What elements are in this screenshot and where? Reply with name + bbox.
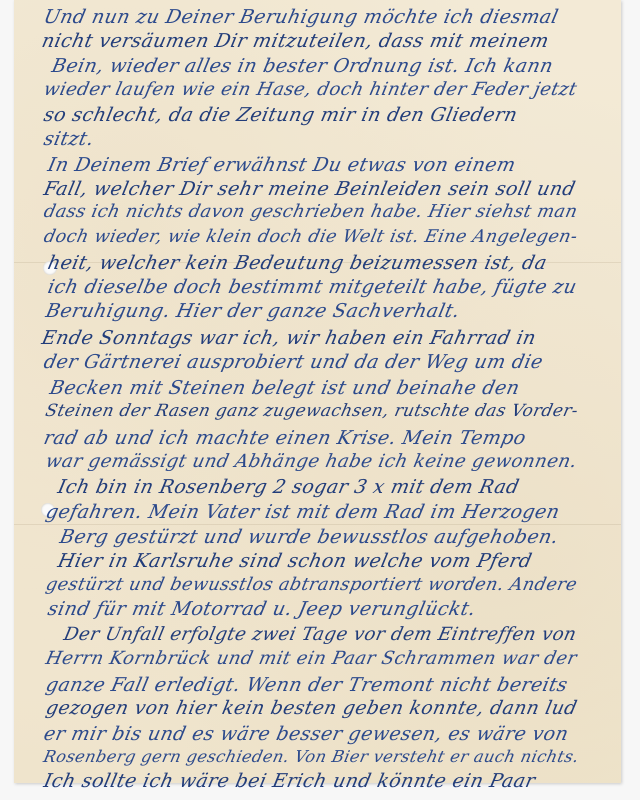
handwritten-line: Bein, wieder alles in bester Ordnung ist… <box>50 57 555 76</box>
handwritten-line: ich dieselbe doch bestimmt mitgeteilt ha… <box>46 278 578 297</box>
handwritten-line: gestürzt und bewusstlos abtransportiert … <box>44 577 579 595</box>
handwritten-line: Herrn Kornbrück und mit ein Paar Schramm… <box>44 650 578 668</box>
handwritten-line: gefahren. Mein Vater ist mit dem Rad im … <box>44 503 561 522</box>
handwritten-line: Steinen der Rasen ganz zugewachsen, ruts… <box>44 402 580 419</box>
handwritten-line: In Deinem Brief erwähnst Du etwas von ei… <box>46 156 517 175</box>
handwritten-line: er mir bis und es wäre besser gewesen, e… <box>42 725 570 744</box>
handwritten-line: Berg gestürzt und wurde bewusstlos aufge… <box>58 528 560 547</box>
handwritten-line: Ich bin in Rosenberg 2 sogar 3 x mit dem… <box>56 478 521 497</box>
letter-page: Und nun zu Deiner Beruhigung möchte ich … <box>14 0 621 783</box>
handwritten-line: der Gärtnerei ausprobiert und da der Weg… <box>42 353 545 372</box>
handwritten-line: wieder laufen wie ein Hase, doch hinter … <box>42 81 579 99</box>
handwritten-line: Und nun zu Deiner Beruhigung möchte ich … <box>42 8 560 27</box>
handwritten-line: sitzt. <box>42 130 96 149</box>
handwritten-line: Hier in Karlsruhe sind schon welche vom … <box>56 552 534 571</box>
handwritten-line: heit, welcher kein Bedeutung beizumessen… <box>46 254 549 273</box>
paper-fold-line <box>14 524 621 525</box>
handwritten-line: dass ich nichts davon geschrieben habe. … <box>42 204 579 222</box>
handwritten-line: war gemässigt und Abhänge habe ich keine… <box>44 453 579 471</box>
handwritten-line: Becken mit Steinen belegt ist und beinah… <box>48 379 521 398</box>
handwritten-line: nicht versäumen Dir mitzuteilen, dass mi… <box>40 32 551 51</box>
handwritten-line: Rosenberg gern geschieden. Von Bier vers… <box>42 749 580 765</box>
handwritten-line: doch wieder, wie klein doch die Welt ist… <box>42 229 579 247</box>
handwritten-line: rad ab und ich machte einen Krise. Mein … <box>42 429 528 448</box>
handwritten-line: gezogen von hier kein besten geben konnt… <box>44 700 579 719</box>
handwritten-line: so schlecht, da die Zeitung mir in den G… <box>42 106 519 125</box>
handwritten-line: sind für mit Motorrad u. Jeep verunglück… <box>46 600 477 619</box>
handwritten-line: Beruhigung. Hier der ganze Sachverhalt. <box>44 302 462 321</box>
handwritten-line: Fall, welcher Dir sehr meine Beinleiden … <box>42 180 577 199</box>
handwritten-line: Ich sollte ich wäre bei Erich und könnte… <box>42 772 537 791</box>
handwritten-line: Der Unfall erfolgte zwei Tage vor dem Ei… <box>62 626 578 644</box>
handwritten-line: Ende Sonntags war ich, wir haben ein Fah… <box>40 329 538 348</box>
handwritten-line: ganze Fall erledigt. Wenn der Tremont ni… <box>44 676 569 695</box>
